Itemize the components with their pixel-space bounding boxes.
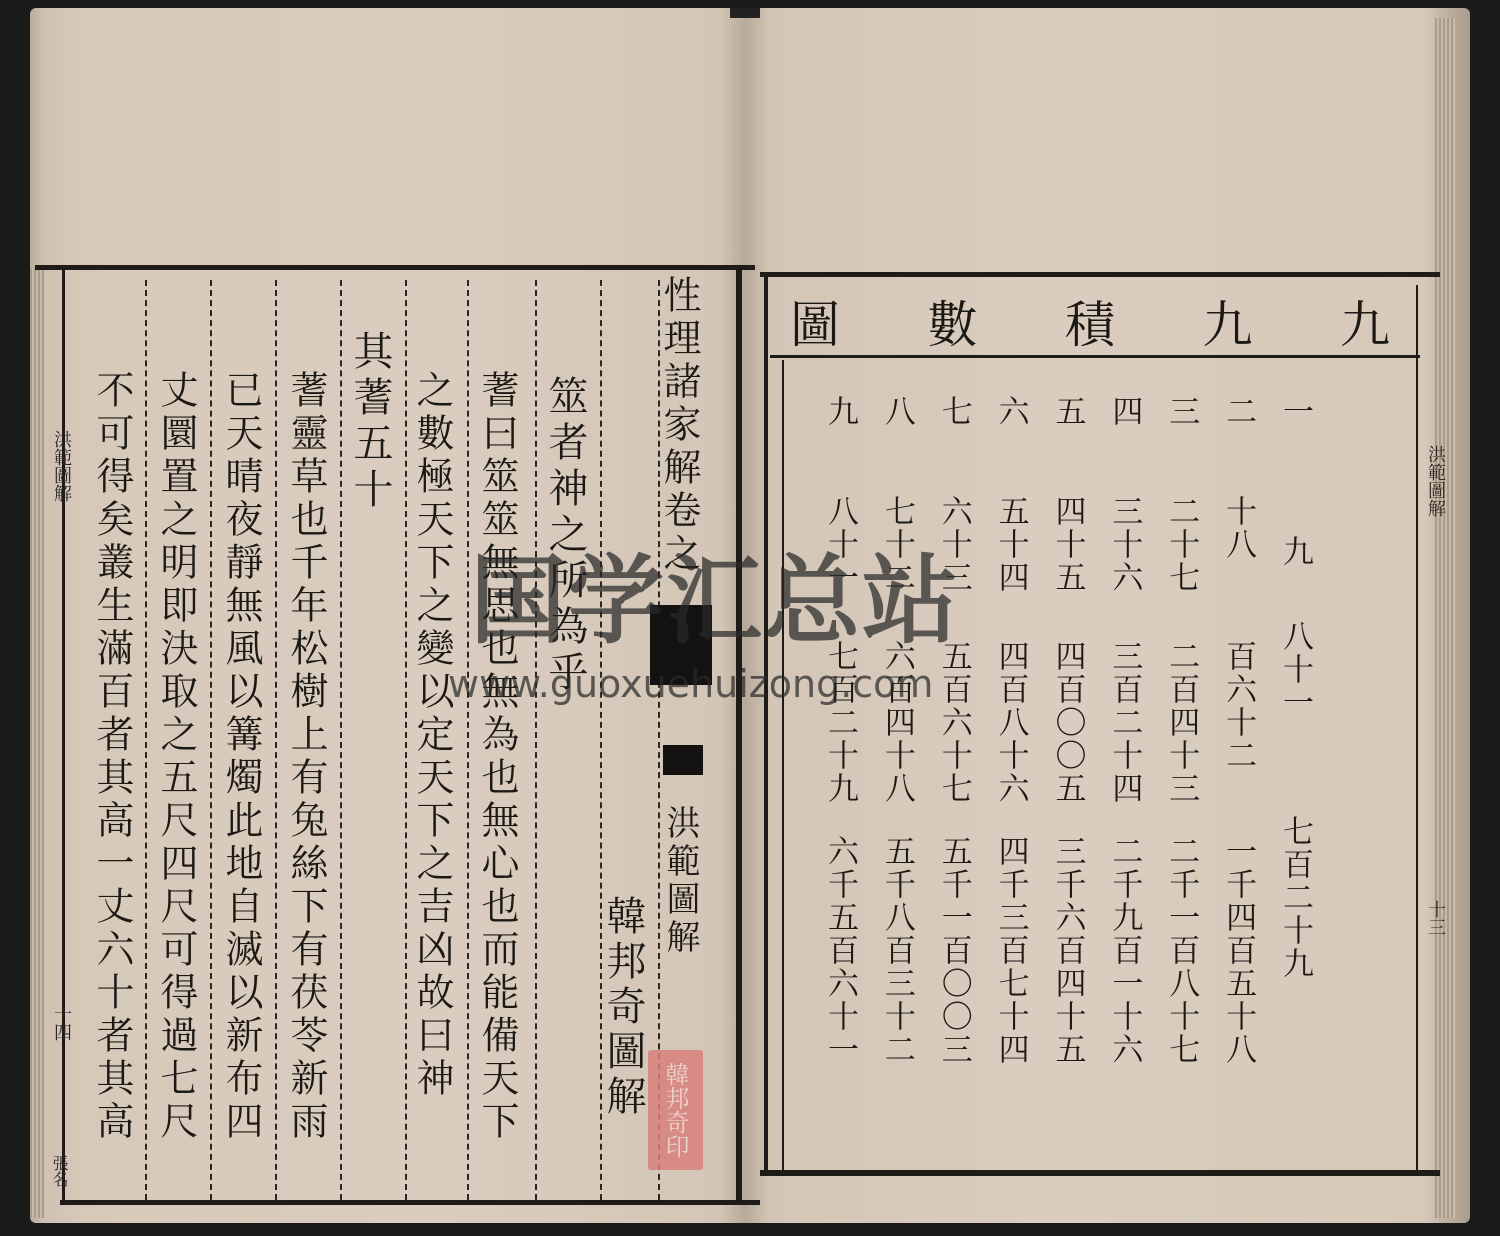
right-margin-title: 洪範圖解	[1422, 445, 1448, 517]
title-char: 九	[1340, 285, 1390, 345]
table-cell: 三千六百四十五	[1043, 835, 1083, 1066]
title-char: 積	[1065, 285, 1115, 345]
table-cell: 四百〇〇五	[1043, 640, 1083, 805]
column-divider	[340, 280, 342, 1200]
column-divider	[535, 280, 537, 1200]
title-char: 九	[1203, 285, 1253, 345]
title-char: 圖	[790, 285, 840, 345]
table-cell: 一	[1270, 395, 1310, 428]
left-frame-top	[35, 265, 755, 270]
left-frame-left	[62, 268, 65, 1203]
center-column-right-border	[736, 268, 742, 1203]
table-cell: 四	[1099, 395, 1139, 428]
table-cell: 二千一百八十七	[1156, 835, 1196, 1066]
author-line: 韓邦奇圖解	[603, 895, 643, 1120]
table-cell: 八	[872, 395, 912, 428]
table-cell: 五千八百三十二	[872, 835, 912, 1066]
inner-frame-left	[782, 360, 784, 1170]
table-cell: 七	[929, 395, 969, 428]
chart-title: 九 九 積 數 圖	[790, 285, 1390, 345]
red-seal-stamp: 韓邦奇印	[648, 1050, 703, 1170]
right-frame-left	[764, 272, 768, 1174]
table-cell: 七百二十九	[1270, 815, 1310, 980]
table-row: 一 二 三 四 五 六 七 八 九	[815, 395, 1310, 475]
watermark-url: www.guoxuehuizong.com	[448, 662, 933, 706]
table-cell: 三百二十四	[1099, 640, 1139, 805]
right-frame-bottom	[760, 1170, 1440, 1176]
multiplication-table: 一 二 三 四 五 六 七 八 九 九 十八 二十七 三十六 四十五 五十四 六…	[815, 395, 1310, 1066]
table-cell: 二十七	[1156, 495, 1196, 594]
table-cell: 五千一百〇〇三	[929, 835, 969, 1066]
watermark-text: 国学汇总站	[470, 525, 960, 662]
table-cell: 二	[1213, 395, 1253, 428]
section-title: 洪範圖解	[663, 805, 697, 957]
column-divider	[145, 280, 147, 1200]
table-cell: 二千九百一十六	[1099, 835, 1139, 1066]
table-cell: 二百四十三	[1156, 640, 1196, 805]
right-page-number: 十三	[1422, 900, 1448, 936]
text-column-4: 其蓍五十	[350, 330, 390, 514]
book-spine	[730, 8, 760, 18]
text-column-3: 之數極天下之變以定天下之吉凶故曰神	[413, 370, 451, 1101]
text-column-6: 已天晴夜靜無風以篝燭此地自滅以新布四	[222, 370, 260, 1144]
left-frame-bottom	[60, 1200, 760, 1205]
left-page-number: 十四	[48, 1005, 74, 1041]
table-cell: 一千四百五十八	[1213, 835, 1253, 1066]
text-column-5: 蓍靈草也千年松樹上有兔絲下有茯苓新雨	[287, 370, 325, 1144]
table-cell: 六	[986, 395, 1026, 428]
table-cell: 四百八十六	[986, 640, 1026, 805]
title-divider	[770, 355, 1420, 358]
right-frame-right	[1416, 285, 1418, 1170]
fishtail-mark-lower	[663, 745, 703, 775]
left-margin-footer: 張名	[48, 1155, 71, 1187]
table-cell: 十八	[1213, 495, 1253, 561]
table-cell: 三	[1156, 395, 1196, 428]
table-cell: 八十一	[1270, 620, 1310, 719]
table-cell: 九	[815, 395, 855, 428]
column-divider	[275, 280, 277, 1200]
text-column-7: 丈圜置之明即決取之五尺四尺可得過七尺	[157, 370, 195, 1144]
table-cell: 五十四	[986, 495, 1026, 594]
right-frame-top	[760, 272, 1440, 277]
column-divider	[210, 280, 212, 1200]
title-char: 數	[928, 285, 978, 345]
table-row: 七百二十九 一千四百五十八 二千一百八十七 二千九百一十六 三千六百四十五 四千…	[815, 835, 1310, 1066]
page-edge-left	[30, 268, 44, 1218]
left-margin-title: 洪範圖解	[48, 430, 74, 502]
text-column-2: 蓍曰筮筮無思也無為也無心也而能備天下	[478, 370, 516, 1144]
text-column-8: 不可得矣叢生滿百者其高一丈六十者其高	[93, 370, 131, 1144]
table-cell: 三十六	[1099, 495, 1139, 594]
table-cell: 四十五	[1043, 495, 1083, 594]
column-divider	[467, 280, 469, 1200]
table-cell: 四千三百七十四	[986, 835, 1026, 1066]
table-cell: 六千五百六十一	[815, 835, 855, 1066]
table-cell: 五	[1043, 395, 1083, 428]
column-divider	[405, 280, 407, 1200]
page-edge-right	[1435, 18, 1455, 1218]
table-cell: 百六十二	[1213, 640, 1253, 772]
table-cell: 五百六十七	[929, 640, 969, 805]
table-cell: 九	[1270, 535, 1310, 568]
